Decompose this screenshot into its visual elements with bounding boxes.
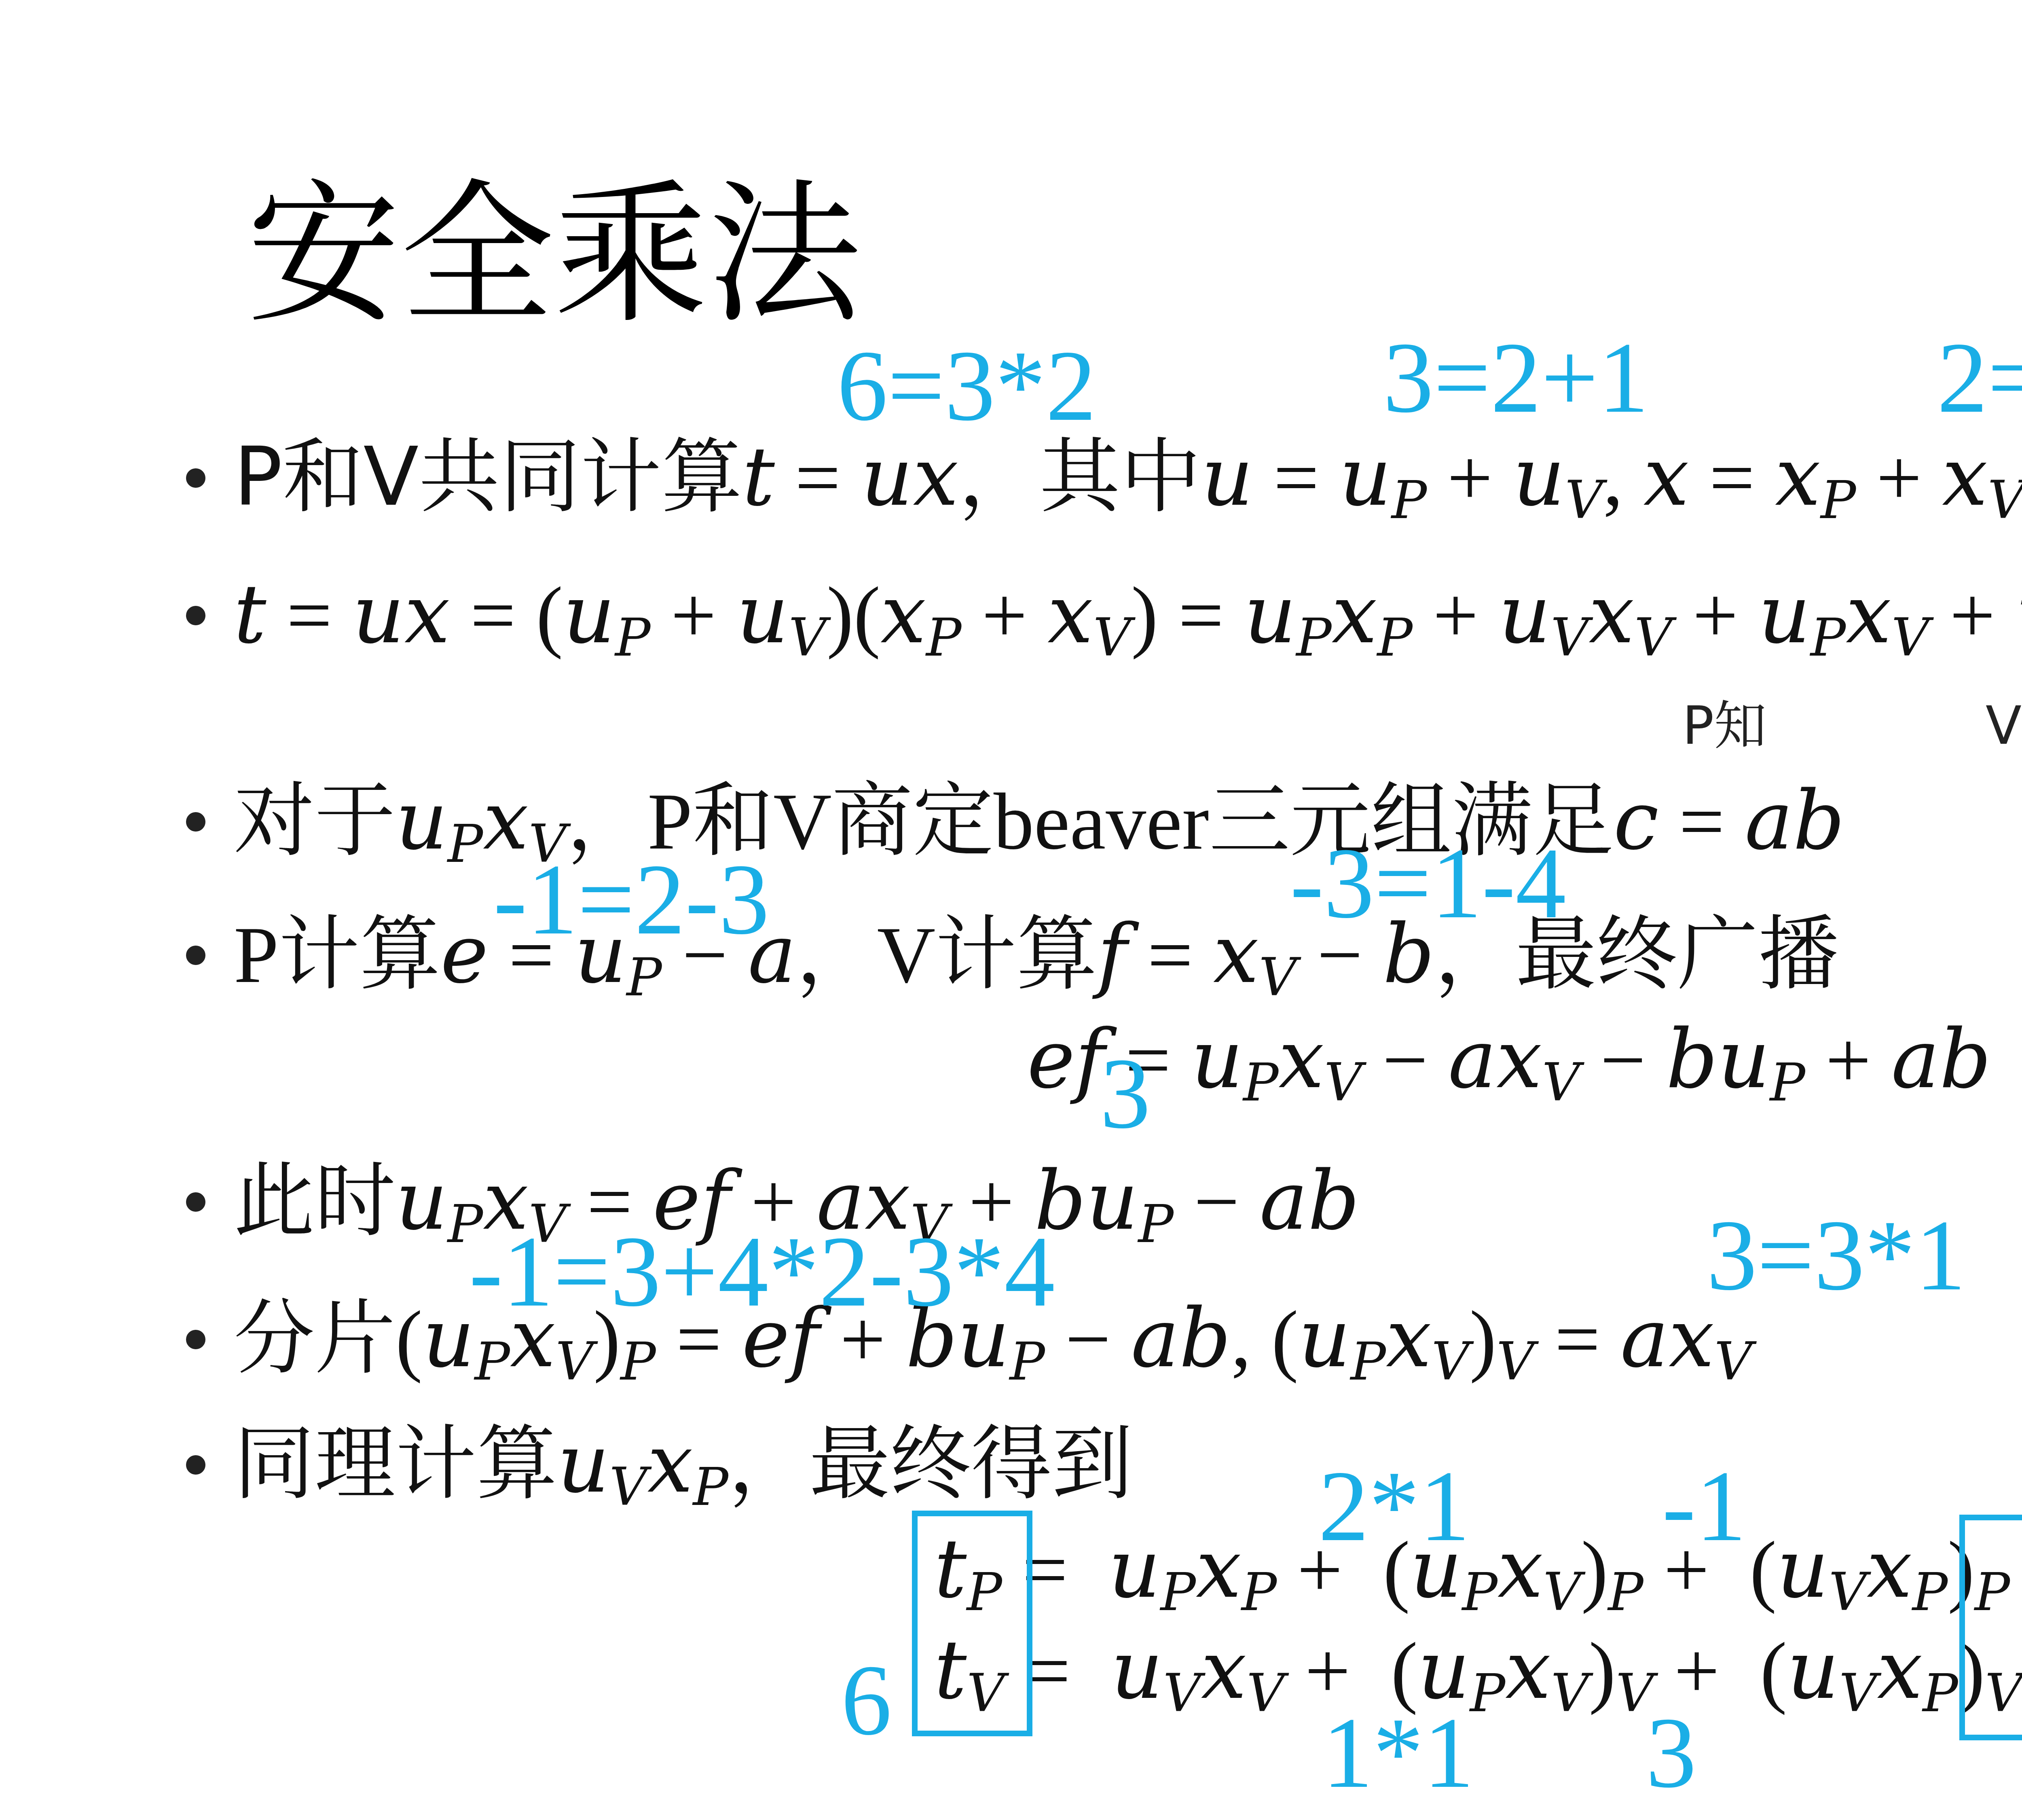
formula-tp: tP = uPxP + (uPxV)P + (uVxP)P — [934, 1529, 2010, 1618]
label-v-knows: V知 — [1986, 684, 2022, 759]
annotation: 2*1 — [1318, 1456, 1470, 1557]
slide-title: 安全乘法 — [247, 178, 861, 332]
formula-ef: ef = uPxV − axV − buP + ab — [1027, 1019, 1991, 1109]
annotation: 2=1+1 — [1937, 328, 2022, 429]
highlight-box-t — [912, 1511, 1032, 1736]
annotation: 3 — [1646, 1703, 1696, 1804]
bullet-dot — [186, 606, 205, 625]
annotation: 3 — [1100, 1043, 1151, 1145]
annotation: -3=1-4 — [1290, 833, 1566, 934]
bullet-dot — [186, 812, 205, 832]
bullet-7: 同理计算uVxP，最终得到 — [186, 1424, 1133, 1513]
bullet-4: P计算e = uP − a，V计算f = xV − b，最终广播 — [186, 914, 1839, 1003]
bullet-2: t = ux = (uP + uV)(xP + xV) = uPxP + uVx… — [186, 574, 2022, 664]
annotation: 6 — [841, 1650, 892, 1751]
highlight-box-uvxp — [1959, 1515, 2022, 1740]
bullet-dot — [186, 1192, 205, 1212]
bullet-dot — [186, 1330, 205, 1349]
bullet-dot — [186, 946, 205, 965]
bullet-dot — [186, 468, 205, 488]
bullet-3: 对于uPxV，P和V商定beaver三元组满足c = ab — [186, 781, 1845, 870]
bullet-1: P和V共同计算t = ux，其中u = uP + uV, x = xP + xV — [186, 437, 2022, 526]
annotation: 3=2+1 — [1383, 328, 1649, 429]
annotation: 3=3*1 — [1707, 1205, 1966, 1306]
bullet-dot — [186, 1455, 205, 1475]
annotation: -1 — [1662, 1456, 1746, 1557]
annotation: 6=3*2 — [837, 336, 1096, 437]
label-p-knows: P知 — [1682, 684, 1766, 759]
annotation: 1*1 — [1322, 1703, 1474, 1804]
annotation: -1=3+4*2-3*4 — [469, 1221, 1055, 1323]
annotation: -1=2-3 — [493, 849, 770, 950]
formula-tv: tV = uVxV + (uPxV)V + (uVxP)V — [934, 1630, 2022, 1719]
